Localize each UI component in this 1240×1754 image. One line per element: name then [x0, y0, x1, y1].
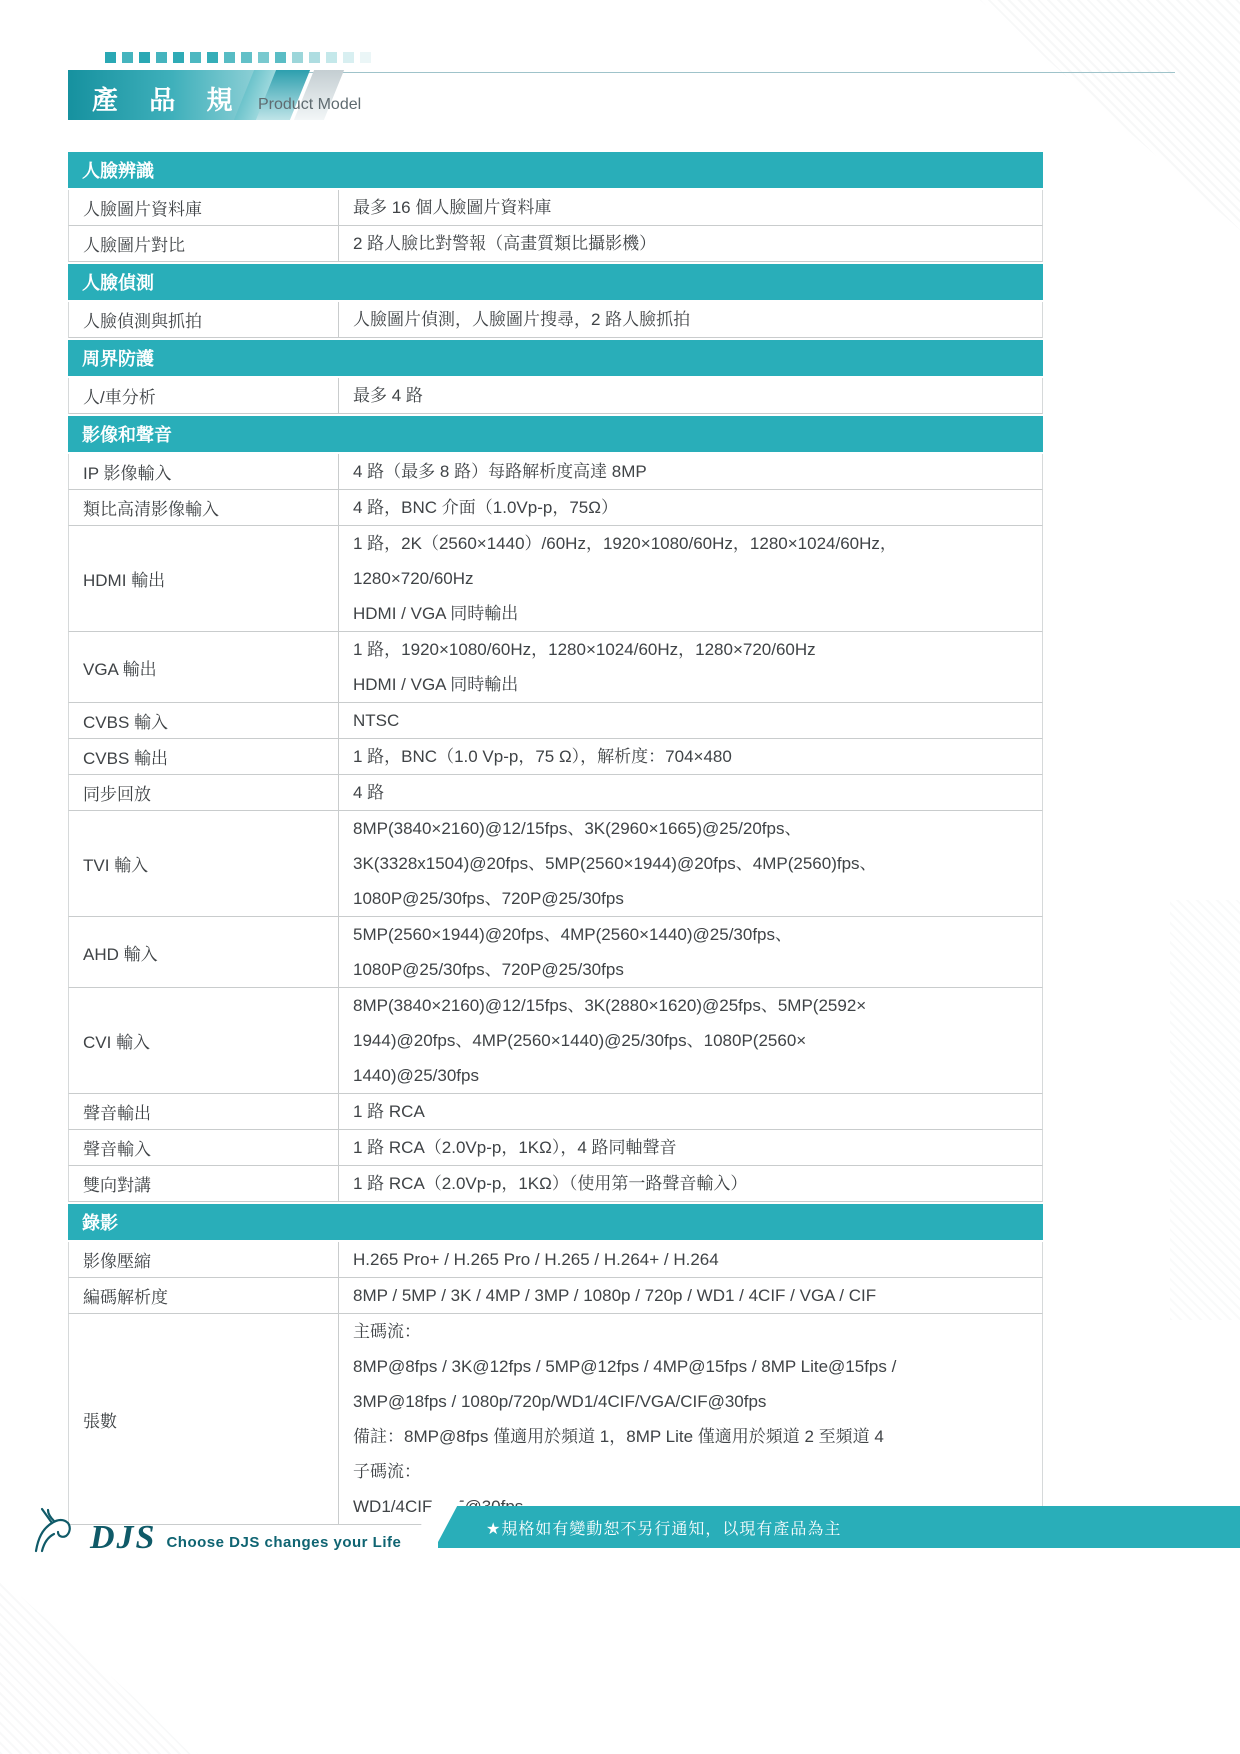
footer-bar: ★規格如有變動恕不另行通知，以現有產品為主	[438, 1506, 1240, 1548]
spec-value-line: 1080P@25/30fps、720P@25/30fps	[353, 952, 1032, 987]
spec-value-line: 子碼流：	[353, 1454, 1032, 1489]
section-header: 錄影	[68, 1204, 1043, 1240]
square-decoration	[343, 52, 354, 63]
spec-table: 人臉辨識人臉圖片資料庫最多 16 個人臉圖片資料庫人臉圖片對比2 路人臉比對警報…	[68, 150, 1043, 1525]
spec-label: 影像壓縮	[69, 1242, 339, 1277]
spec-label: 人臉圖片對比	[69, 226, 339, 261]
spec-value-line: 最多 4 路	[353, 378, 1032, 413]
spec-label: 人/車分析	[69, 378, 339, 413]
spec-label: VGA 輸出	[69, 632, 339, 702]
spec-row: 類比高清影像輸入4 路，BNC 介面（1.0Vp-p，75Ω）	[68, 490, 1043, 526]
spec-value: 1 路，2K（2560×1440）/60Hz，1920×1080/60Hz，12…	[339, 526, 1042, 631]
spec-label: TVI 輸入	[69, 811, 339, 916]
spec-label: CVBS 輸入	[69, 703, 339, 738]
spec-row: 人臉圖片對比2 路人臉比對警報（高畫質類比攝影機）	[68, 226, 1043, 262]
spec-row: 人臉圖片資料庫最多 16 個人臉圖片資料庫	[68, 190, 1043, 226]
spec-row: CVI 輸入8MP(3840×2160)@12/15fps、3K(2880×16…	[68, 988, 1043, 1094]
spec-value: H.265 Pro+ / H.265 Pro / H.265 / H.264+ …	[339, 1242, 1042, 1277]
spec-value-line: 1944)@20fps、4MP(2560×1440)@25/30fps、1080…	[353, 1023, 1032, 1058]
spec-value: 主碼流：8MP@8fps / 3K@12fps / 5MP@12fps / 4M…	[339, 1314, 1042, 1524]
spec-label: HDMI 輸出	[69, 526, 339, 631]
spec-value-line: 1 路 RCA（2.0Vp-p，1KΩ），4 路同軸聲音	[353, 1130, 1032, 1165]
spec-value-line: 4 路	[353, 775, 1032, 810]
unicorn-logo-icon	[28, 1505, 80, 1555]
square-decoration	[105, 52, 116, 63]
spec-value: 1 路 RCA（2.0Vp-p，1KΩ），4 路同軸聲音	[339, 1130, 1042, 1165]
spec-value-line: 4 路（最多 8 路）每路解析度高達 8MP	[353, 454, 1032, 489]
spec-row: 聲音輸入1 路 RCA（2.0Vp-p，1KΩ），4 路同軸聲音	[68, 1130, 1043, 1166]
spec-value: 8MP(3840×2160)@12/15fps、3K(2960×1665)@25…	[339, 811, 1042, 916]
corner-texture-bottom-left	[0, 1534, 360, 1754]
spec-value-line: 1080P@25/30fps、720P@25/30fps	[353, 881, 1032, 916]
spec-value-line: 8MP@8fps / 3K@12fps / 5MP@12fps / 4MP@15…	[353, 1349, 1032, 1384]
square-decoration	[360, 52, 371, 63]
brand-slogan: Choose DJS changes your Life	[166, 1534, 401, 1555]
spec-row: IP 影像輸入4 路（最多 8 路）每路解析度高達 8MP	[68, 454, 1043, 490]
spec-value-line: H.265 Pro+ / H.265 Pro / H.265 / H.264+ …	[353, 1242, 1032, 1277]
spec-value-line: 1 路，2K（2560×1440）/60Hz，1920×1080/60Hz，12…	[353, 526, 1032, 561]
spec-value: 4 路	[339, 775, 1042, 810]
spec-value-line: 4 路，BNC 介面（1.0Vp-p，75Ω）	[353, 490, 1032, 525]
spec-row: 聲音輸出1 路 RCA	[68, 1094, 1043, 1130]
spec-label: 張數	[69, 1314, 339, 1524]
spec-value-line: 2 路人臉比對警報（高畫質類比攝影機）	[353, 226, 1032, 261]
square-decoration	[190, 52, 201, 63]
spec-label: IP 影像輸入	[69, 454, 339, 489]
edge-texture-right	[1170, 900, 1240, 1320]
spec-value-line: 8MP / 5MP / 3K / 4MP / 3MP / 1080p / 720…	[353, 1278, 1032, 1313]
section-header: 人臉偵測	[68, 264, 1043, 300]
spec-label: 類比高清影像輸入	[69, 490, 339, 525]
section-header: 影像和聲音	[68, 416, 1043, 452]
spec-row: AHD 輸入5MP(2560×1944)@20fps、4MP(2560×1440…	[68, 917, 1043, 988]
spec-row: 人/車分析最多 4 路	[68, 378, 1043, 414]
spec-value-line: 3MP@18fps / 1080p/720p/WD1/4CIF/VGA/CIF@…	[353, 1384, 1032, 1419]
spec-value-line: NTSC	[353, 703, 1032, 738]
brand-name: DJS	[90, 1521, 156, 1555]
spec-value: 2 路人臉比對警報（高畫質類比攝影機）	[339, 226, 1042, 261]
spec-value-line: 1 路，1920×1080/60Hz，1280×1024/60Hz，1280×7…	[353, 632, 1032, 667]
spec-label: 人臉圖片資料庫	[69, 190, 339, 225]
spec-value: 8MP(3840×2160)@12/15fps、3K(2880×1620)@25…	[339, 988, 1042, 1093]
spec-label: 聲音輸入	[69, 1130, 339, 1165]
square-decoration	[139, 52, 150, 63]
spec-value-line: HDMI / VGA 同時輸出	[353, 596, 1032, 631]
square-decoration	[207, 52, 218, 63]
square-decoration	[326, 52, 337, 63]
footer-note: ★規格如有變動恕不另行通知，以現有產品為主	[438, 1516, 841, 1539]
spec-value-line: 5MP(2560×1944)@20fps、4MP(2560×1440)@25/3…	[353, 917, 1032, 952]
spec-row: 張數主碼流：8MP@8fps / 3K@12fps / 5MP@12fps / …	[68, 1314, 1043, 1525]
section-title: 周界防護	[82, 345, 154, 371]
spec-value: 4 路（最多 8 路）每路解析度高達 8MP	[339, 454, 1042, 489]
spec-label: 聲音輸出	[69, 1094, 339, 1129]
spec-value-line: 人臉圖片偵測，人臉圖片搜尋，2 路人臉抓拍	[353, 302, 1032, 337]
spec-value-line: 8MP(3840×2160)@12/15fps、3K(2880×1620)@25…	[353, 988, 1032, 1023]
spec-label: CVBS 輸出	[69, 739, 339, 774]
spec-label: 人臉偵測與抓拍	[69, 302, 339, 337]
spec-value: 人臉圖片偵測，人臉圖片搜尋，2 路人臉抓拍	[339, 302, 1042, 337]
spec-row: HDMI 輸出1 路，2K（2560×1440）/60Hz，1920×1080/…	[68, 526, 1043, 632]
spec-value: 1 路，1920×1080/60Hz，1280×1024/60Hz，1280×7…	[339, 632, 1042, 702]
spec-value: 最多 4 路	[339, 378, 1042, 413]
spec-label: 同步回放	[69, 775, 339, 810]
header-rule-line	[300, 72, 1175, 73]
square-decoration	[224, 52, 235, 63]
spec-value-line: 1440)@25/30fps	[353, 1058, 1032, 1093]
spec-value-line: 主碼流：	[353, 1314, 1032, 1349]
section-title: 錄影	[82, 1209, 118, 1235]
spec-row: 雙向對講1 路 RCA（2.0Vp-p，1KΩ）（使用第一路聲音輸入）	[68, 1166, 1043, 1202]
spec-value-line: 備註：8MP@8fps 僅適用於頻道 1，8MP Lite 僅適用於頻道 2 至…	[353, 1419, 1032, 1454]
spec-value: 最多 16 個人臉圖片資料庫	[339, 190, 1042, 225]
square-decoration	[173, 52, 184, 63]
spec-label: 雙向對講	[69, 1166, 339, 1201]
spec-label: CVI 輸入	[69, 988, 339, 1093]
spec-value: 5MP(2560×1944)@20fps、4MP(2560×1440)@25/3…	[339, 917, 1042, 987]
spec-row: 編碼解析度8MP / 5MP / 3K / 4MP / 3MP / 1080p …	[68, 1278, 1043, 1314]
page-title-badge: 產 品 規 格	[68, 70, 258, 120]
djs-logo: DJS Choose DJS changes your Life	[28, 1505, 401, 1555]
spec-value: 1 路 RCA	[339, 1094, 1042, 1129]
spec-value-line: 3K(3328x1504)@20fps、5MP(2560×1944)@20fps…	[353, 846, 1032, 881]
section-title: 人臉偵測	[82, 269, 154, 295]
page-subtitle: Product Model	[258, 96, 361, 114]
spec-value: NTSC	[339, 703, 1042, 738]
square-decoration	[156, 52, 167, 63]
spec-value-line: 最多 16 個人臉圖片資料庫	[353, 190, 1032, 225]
square-decoration	[122, 52, 133, 63]
spec-value-line: 8MP(3840×2160)@12/15fps、3K(2960×1665)@25…	[353, 811, 1032, 846]
spec-page: 產 品 規 格 Product Model 人臉辨識人臉圖片資料庫最多 16 個…	[0, 0, 1240, 1754]
spec-row: 同步回放4 路	[68, 775, 1043, 811]
spec-value-line: 1 路 RCA（2.0Vp-p，1KΩ）（使用第一路聲音輸入）	[353, 1166, 1032, 1201]
square-decoration	[241, 52, 252, 63]
square-decoration	[309, 52, 320, 63]
spec-value-line: 1 路 RCA	[353, 1094, 1032, 1129]
spec-row: 人臉偵測與抓拍人臉圖片偵測，人臉圖片搜尋，2 路人臉抓拍	[68, 302, 1043, 338]
section-title: 人臉辨識	[82, 157, 154, 183]
spec-row: VGA 輸出1 路，1920×1080/60Hz，1280×1024/60Hz，…	[68, 632, 1043, 703]
section-header: 周界防護	[68, 340, 1043, 376]
spec-row: CVBS 輸出1 路，BNC（1.0 Vp-p，75 Ω），解析度：704×48…	[68, 739, 1043, 775]
spec-value-line: 1 路，BNC（1.0 Vp-p，75 Ω），解析度：704×480	[353, 739, 1032, 774]
square-decoration	[292, 52, 303, 63]
spec-value: 8MP / 5MP / 3K / 4MP / 3MP / 1080p / 720…	[339, 1278, 1042, 1313]
spec-value: 4 路，BNC 介面（1.0Vp-p，75Ω）	[339, 490, 1042, 525]
spec-label: AHD 輸入	[69, 917, 339, 987]
spec-value: 1 路 RCA（2.0Vp-p，1KΩ）（使用第一路聲音輸入）	[339, 1166, 1042, 1201]
spec-row: CVBS 輸入NTSC	[68, 703, 1043, 739]
header-squares-decoration	[105, 52, 371, 63]
square-decoration	[258, 52, 269, 63]
section-title: 影像和聲音	[82, 421, 172, 447]
spec-row: 影像壓縮H.265 Pro+ / H.265 Pro / H.265 / H.2…	[68, 1242, 1043, 1278]
spec-value-line: 1280×720/60Hz	[353, 561, 1032, 596]
spec-label: 編碼解析度	[69, 1278, 339, 1313]
spec-row: TVI 輸入8MP(3840×2160)@12/15fps、3K(2960×16…	[68, 811, 1043, 917]
section-header: 人臉辨識	[68, 152, 1043, 188]
square-decoration	[275, 52, 286, 63]
spec-value: 1 路，BNC（1.0 Vp-p，75 Ω），解析度：704×480	[339, 739, 1042, 774]
spec-value-line: HDMI / VGA 同時輸出	[353, 667, 1032, 702]
